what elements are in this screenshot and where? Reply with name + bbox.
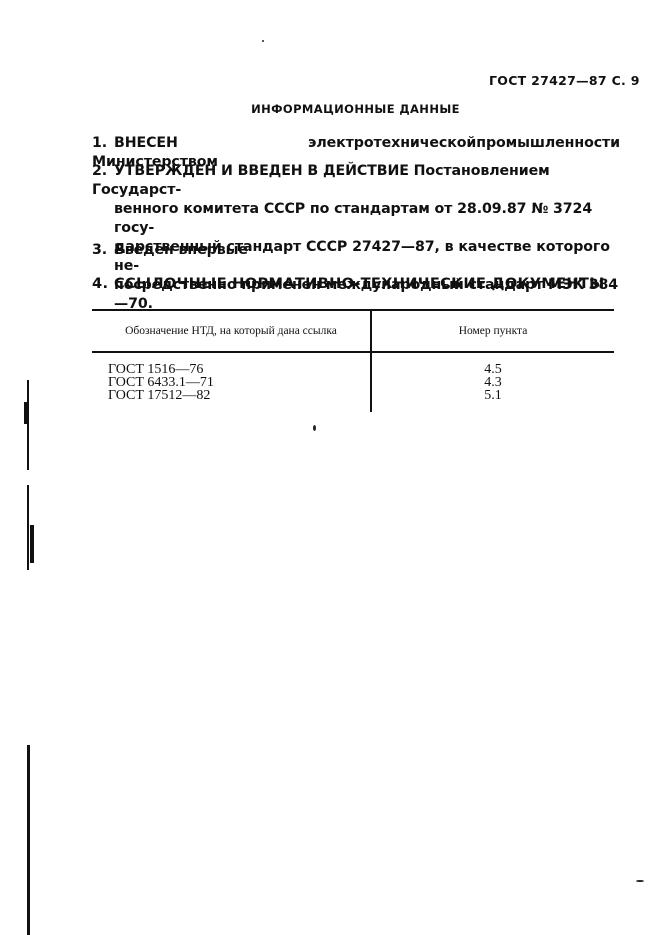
cell-clause: 4.5 <box>371 352 614 376</box>
scan-edge-mark <box>27 745 30 935</box>
scan-edge-mark <box>30 525 34 563</box>
item-line: УТВЕРЖДЕН И ВВЕДЕН В ДЕЙСТВИЕ Постановле… <box>92 163 550 198</box>
item-line: венного комитета СССР по стандартам от 2… <box>114 200 620 238</box>
running-title: ГОСТ 27427—87 С. 9 <box>489 73 640 88</box>
scan-speck <box>636 880 644 882</box>
column-header-document: Обозначение НТД, на который дана ссылка <box>92 310 371 352</box>
cell-document: ГОСТ 1516—76 <box>92 352 371 376</box>
scan-edge-mark <box>27 380 29 470</box>
item-text: Введен впервые <box>114 242 248 258</box>
cell-document: ГОСТ 17512—82 <box>92 389 371 412</box>
scan-edge-mark <box>27 485 29 570</box>
item-reference-docs-heading: 4.ССЫЛОЧНЫЕ НОРМАТИВНО-ТЕХНИЧЕСКИЕ ДОКУМ… <box>92 274 620 293</box>
scan-edge-mark <box>24 402 29 424</box>
table-row: ГОСТ 17512—82 5.1 <box>92 389 614 412</box>
cell-clause: 5.1 <box>371 389 614 412</box>
column-header-clause: Номер пункта <box>371 310 614 352</box>
table-row: ГОСТ 1516—76 4.5 <box>92 352 614 376</box>
item-lead: ВНЕСЕН <box>114 135 178 151</box>
table-header-row: Обозначение НТД, на который дана ссылка … <box>92 310 614 352</box>
item-text: ССЫЛОЧНЫЕ НОРМАТИВНО-ТЕХНИЧЕСКИЕ ДОКУМЕН… <box>114 275 605 292</box>
scan-speck <box>313 425 316 431</box>
item-number: 1. <box>92 134 114 153</box>
item-first-introduced: 3.Введен впервые <box>92 241 620 260</box>
section-title: ИНФОРМАЦИОННЫЕ ДАННЫЕ <box>0 102 661 116</box>
scan-speck <box>262 40 264 42</box>
item-number: 2. <box>92 162 114 181</box>
reference-table: Обозначение НТД, на который дана ссылка … <box>92 309 614 412</box>
item-number: 3. <box>92 241 114 260</box>
item-number: 4. <box>92 274 114 293</box>
